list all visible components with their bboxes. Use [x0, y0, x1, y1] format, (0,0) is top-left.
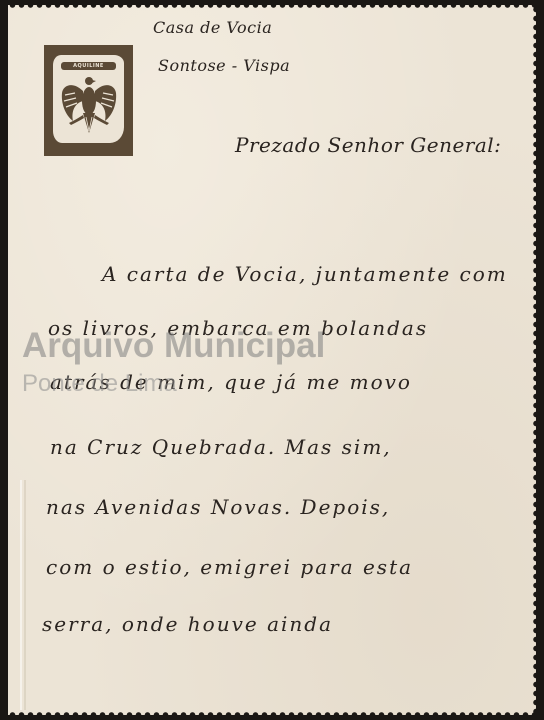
watermark-subtitle: Ponte de Lima — [22, 370, 177, 398]
scanned-document: AQUILINE — [0, 0, 544, 720]
deckled-edge-top — [8, 5, 536, 11]
body-line-1: A carta de Vocia, juntamente com — [102, 262, 508, 286]
body-line-5: nas Avenidas Novas. Depois, — [46, 495, 390, 519]
deckled-edge-right — [530, 5, 536, 715]
eagle-crest: AQUILINE — [44, 45, 133, 156]
body-line-7: serra, onde houve ainda — [42, 612, 333, 636]
crest-field: AQUILINE — [53, 55, 124, 143]
crest-banner: AQUILINE — [61, 62, 116, 70]
address-line-1: Casa de Vocia — [153, 18, 272, 37]
salutation: Prezado Senhor General: — [235, 133, 501, 157]
deckled-edge-bottom — [8, 709, 536, 715]
address-line-2: Sontose - Vispa — [158, 56, 290, 75]
watermark-title: Arquivo Municipal — [22, 326, 325, 366]
body-line-4: na Cruz Quebrada. Mas sim, — [50, 435, 392, 459]
eagle-crest-icon — [59, 71, 119, 139]
paper-fold-line — [20, 480, 22, 710]
body-line-6: com o estio, emigrei para esta — [46, 555, 413, 579]
